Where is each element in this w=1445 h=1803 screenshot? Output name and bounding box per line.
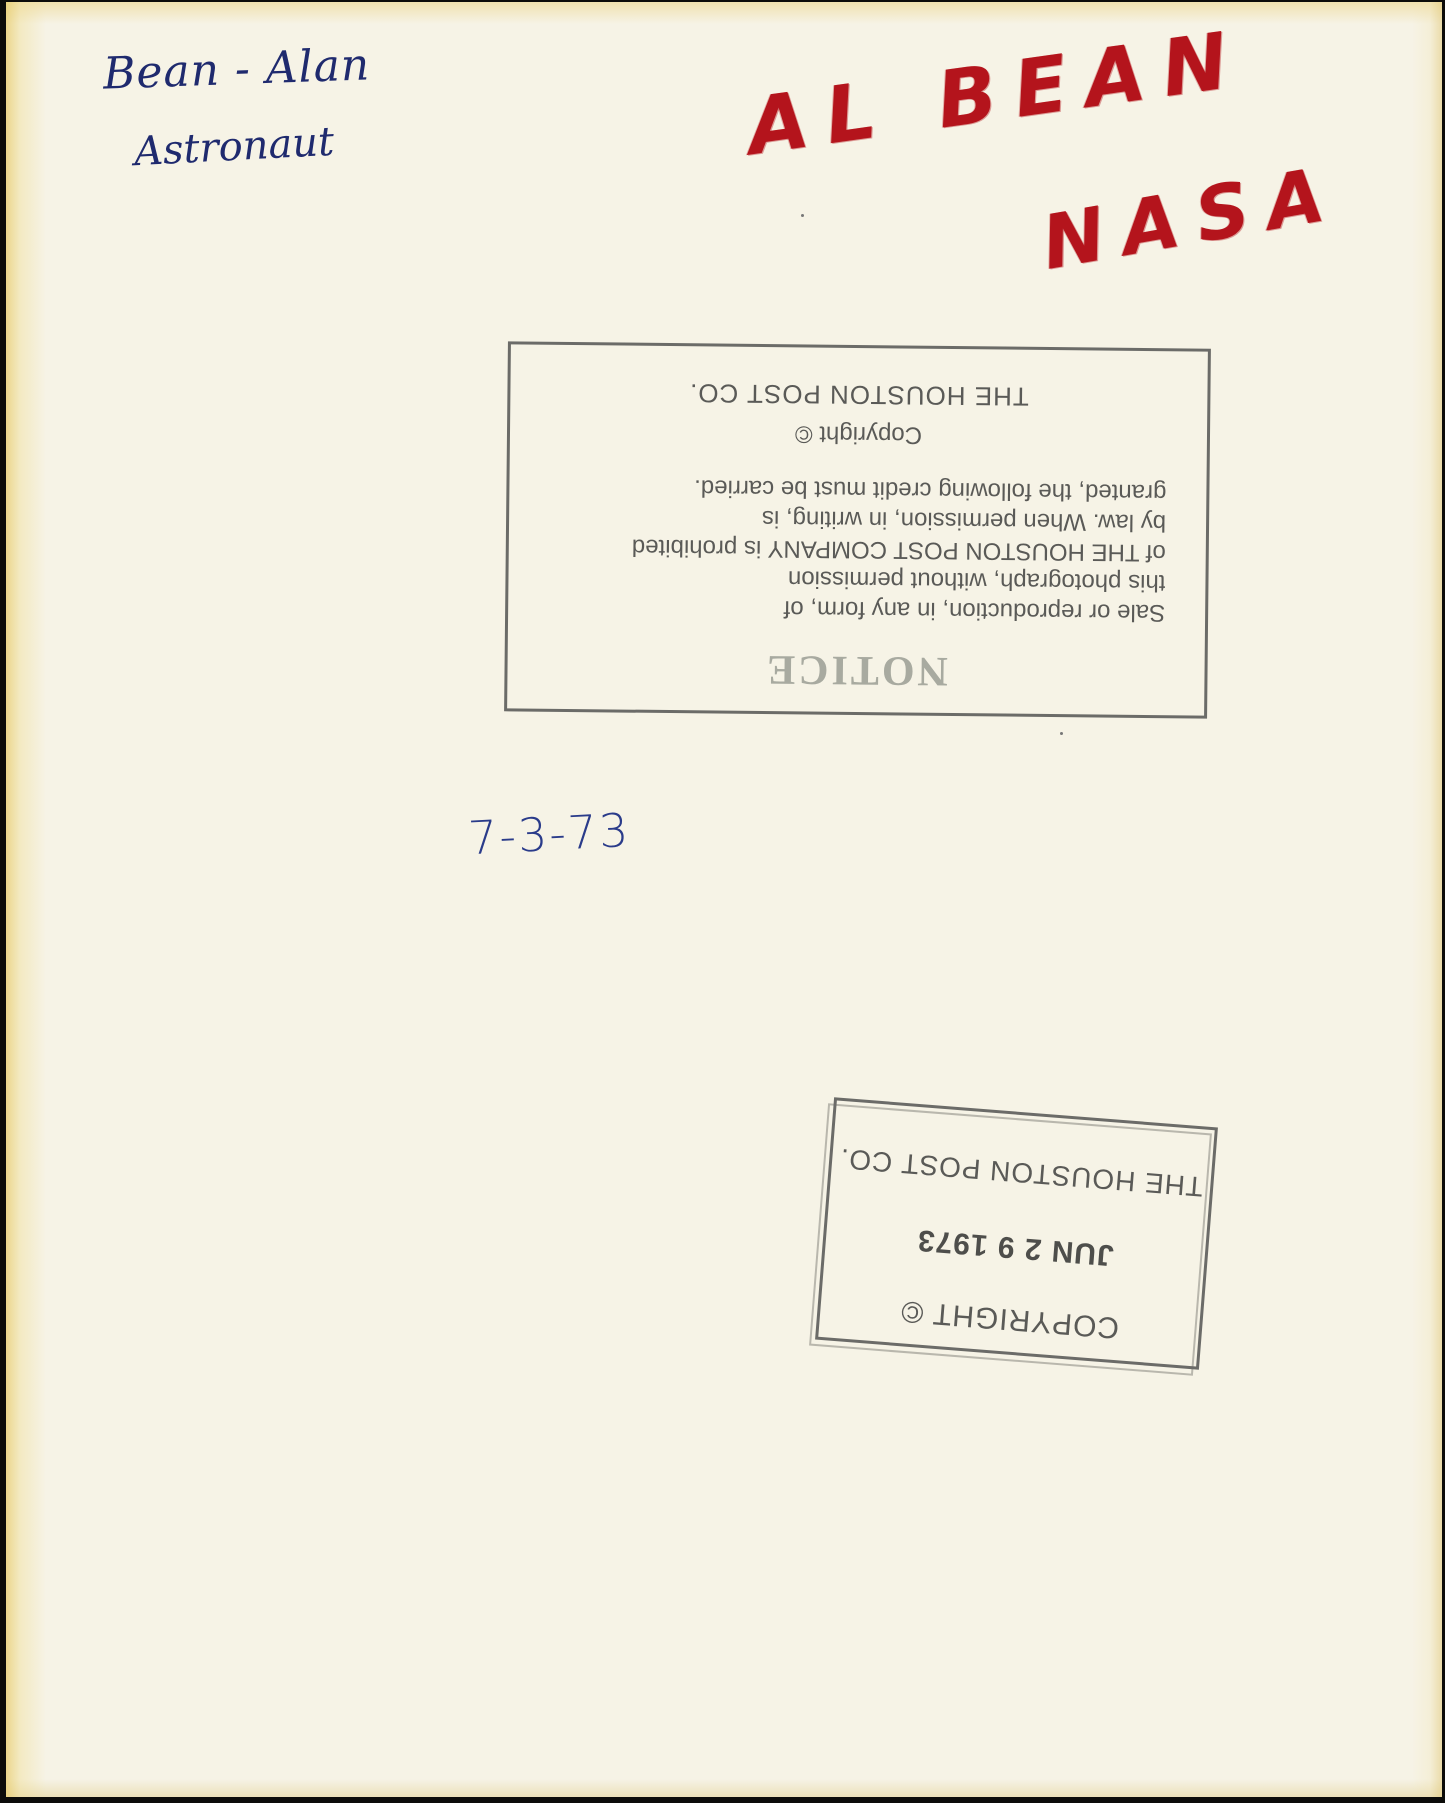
red-crayon-agency: NASA — [1036, 150, 1348, 287]
copyright-date-stamp: COPYRIGHT © JUN 2 9 1973 THE HOUSTON POS… — [815, 1097, 1218, 1369]
paper-speck — [801, 214, 804, 217]
notice-body: Sale or reproduction, in any form, of th… — [548, 471, 1167, 627]
red-crayon-name: AL BEAN — [742, 14, 1251, 173]
notice-stamp: NOTICE Sale or reproduction, in any form… — [504, 341, 1211, 718]
notice-line: granted, the following credit must be ca… — [549, 471, 1166, 507]
notice-title: NOTICE — [547, 643, 1164, 697]
handwritten-role: Astronaut — [133, 119, 335, 175]
stamp-copyright: COPYRIGHT © — [820, 1287, 1200, 1351]
handwritten-date: 7-3-73 — [467, 803, 632, 865]
photo-back-paper: Bean - Alan Astronaut AL BEAN NASA NOTIC… — [6, 2, 1442, 1797]
notice-copyright: Copyright © — [550, 417, 1167, 451]
stamp-company: THE HOUSTON POST CO. — [831, 1141, 1211, 1203]
notice-company: THE HOUSTON POST CO. — [550, 376, 1167, 413]
paper-speck — [1060, 732, 1063, 735]
handwritten-name: Bean - Alan — [102, 39, 371, 99]
faint-watermark — [591, 132, 686, 192]
stamp-date: JUN 2 9 1973 — [825, 1215, 1205, 1279]
